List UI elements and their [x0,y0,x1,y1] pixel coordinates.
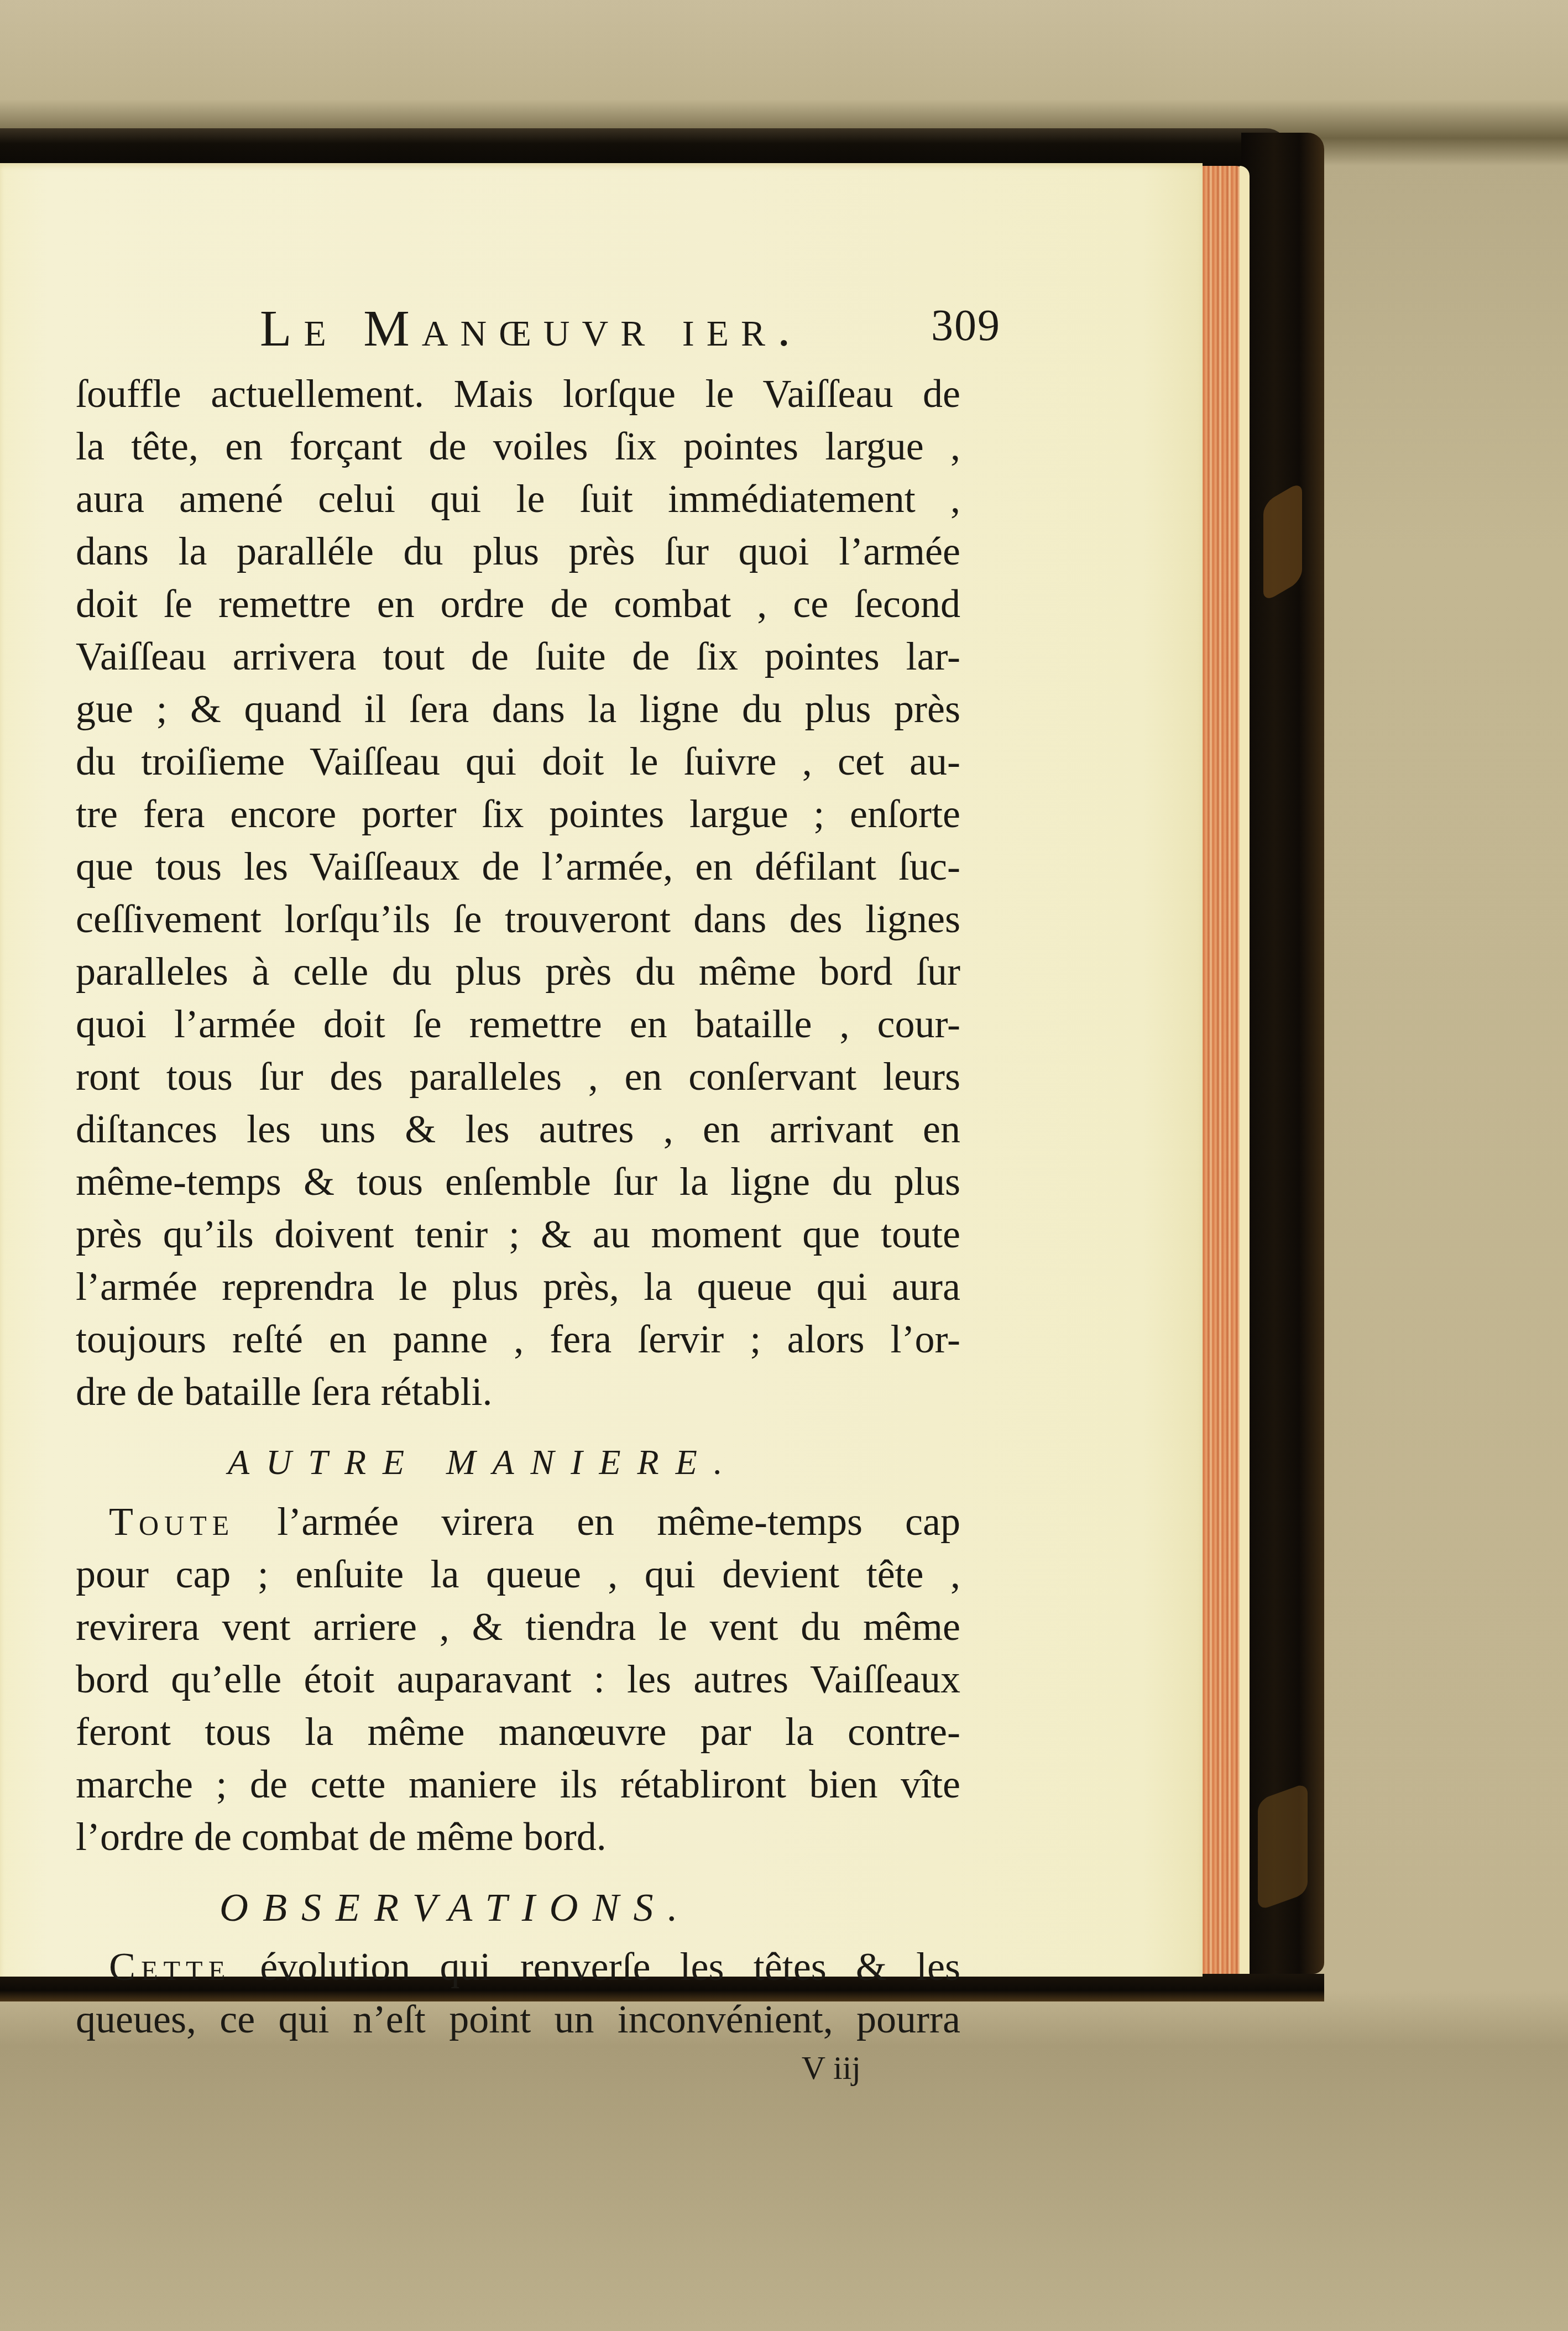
text-line: Cette évolution qui renverſe les têtes &… [76,1941,960,1993]
book-cover-top-edge [0,128,1288,167]
text-line: queues, ce qui n’eſt point un inconvénie… [76,1993,960,2046]
book-cover-spine-edge [1241,133,1324,1974]
text-line: ceſſivement lorſqu’ils ſe trouveront dan… [76,893,960,945]
text-line: marche ; de cette maniere ils rétabliron… [76,1758,960,1811]
page-fore-edge [1194,166,1250,1974]
lead-word: Toute [109,1499,234,1544]
page-header: Le Manœuvr ier. 309 [260,299,1001,365]
section-heading-observations: Observations. [76,1874,960,1941]
text-line-rest: l’armée virera en même-temps cap [234,1499,960,1544]
page-body: ſouffle actuellement. Mais lorſque le Va… [76,368,960,2090]
paragraph: ſouffle actuellement. Mais lorſque le Va… [76,368,960,1418]
text-line: toujours reſté en panne , fera ſervir ; … [76,1313,960,1366]
text-line: doit ſe remettre en ordre de combat , ce… [76,578,960,630]
text-line: dre de bataille ſera rétabli. [76,1366,960,1418]
text-line: ſouffle actuellement. Mais lorſque le Va… [76,368,960,420]
text-line: revirera vent arriere , & tiendra le ven… [76,1601,960,1653]
signature-mark: V iij [76,2046,960,2090]
page-number: 309 [931,301,1001,351]
text-line: dans la paralléle du plus près ſur quoi … [76,525,960,578]
text-line: quoi l’armée doit ſe remettre en bataill… [76,998,960,1050]
text-line: Vaiſſeau arrivera tout de ſuite de ſix p… [76,630,960,683]
text-line: aura amené celui qui le ſuit immédiateme… [76,473,960,525]
running-title: Le Manœuvr ier. [260,299,803,358]
text-line: ront tous ſur des paralleles , en conſer… [76,1050,960,1103]
lead-word: Cette [109,1945,231,1989]
text-line-rest: évolution qui renverſe les têtes & les [231,1945,960,1989]
text-line: l’armée reprendra le plus près, la queue… [76,1261,960,1313]
text-line: tre fera encore porter ſix pointes largu… [76,788,960,840]
text-line: feront tous la même manœuvre par la cont… [76,1706,960,1758]
text-line: du troiſieme Vaiſſeau qui doit le ſuivre… [76,735,960,788]
text-line: la tête, en forçant de voiles ſix pointe… [76,420,960,473]
leather-wear-mark [1258,1783,1308,1911]
text-line: bord qu’elle étoit auparavant : les autr… [76,1653,960,1706]
leather-wear-mark [1263,481,1302,603]
text-line: gue ; & quand il ſera dans la ligne du p… [76,683,960,735]
text-line: même-temps & tous enſemble ſur la ligne … [76,1156,960,1208]
text-line: près qu’ils doivent tenir ; & au moment … [76,1208,960,1261]
text-line: l’ordre de combat de même bord. [76,1811,960,1863]
text-line: paralleles à celle du plus près du même … [76,945,960,998]
paragraph: Cette évolution qui renverſe les têtes &… [76,1941,960,2046]
text-line: pour cap ; enſuite la queue , qui devien… [76,1548,960,1601]
text-line: que tous les Vaiſſeaux de l’armée, en dé… [76,840,960,893]
text-line: diſtances les uns & les autres , en arri… [76,1103,960,1156]
text-line: Toute l’armée virera en même-temps cap [76,1496,960,1548]
paragraph: Toute l’armée virera en même-temps cap p… [76,1496,960,1863]
section-heading-autre-maniere: Autre maniere. [76,1429,960,1496]
